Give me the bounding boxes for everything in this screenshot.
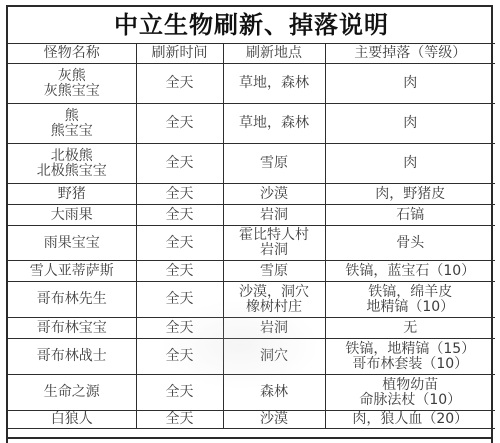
cell-monster-name-line: 哥布林先生: [8, 292, 136, 307]
cell-spawn-time-line: 全天: [137, 292, 223, 307]
table-body: 灰熊灰熊宝宝全天草地，森林肉熊熊宝宝全天草地，森林肉北极熊北极熊宝宝全天雪原肉野…: [8, 64, 495, 429]
cell-monster-name-line: 北极熊: [8, 149, 136, 164]
cell-spawn-time-line: 全天: [137, 116, 223, 131]
cell-main-drops-line: 地精镐（10）: [326, 300, 496, 315]
cell-spawn-location-line: 森林: [224, 385, 325, 400]
cell-monster-name-line: 熊宝宝: [8, 124, 136, 139]
cell-spawn-location: 沙漠，洞穴橡树村庄: [223, 282, 325, 318]
table-row: 北极熊北极熊宝宝全天雪原肉: [8, 144, 495, 184]
drop-table-sheet: 中立生物刷新、掉落说明 怪物名称 刷新时间 刷新地点 主要掉落（等级） 灰熊灰熊…: [6, 5, 493, 443]
cell-spawn-location: 草地，森林: [223, 64, 325, 104]
neutral-creature-drop-table: 中立生物刷新、掉落说明 怪物名称 刷新时间 刷新地点 主要掉落（等级） 灰熊灰熊…: [8, 7, 495, 429]
cell-spawn-time: 全天: [136, 64, 223, 104]
cell-main-drops-line: 肉: [326, 156, 496, 171]
cell-monster-name: 哥布林先生: [8, 282, 136, 318]
cell-monster-name: 北极熊北极熊宝宝: [8, 144, 136, 184]
cell-spawn-time-line: 全天: [137, 264, 223, 279]
cell-spawn-location: 雪原: [223, 261, 325, 282]
cell-main-drops-line: 肉，狼人血（20）: [326, 412, 496, 427]
table-row: 灰熊灰熊宝宝全天草地，森林肉: [8, 64, 495, 104]
cell-spawn-time: 全天: [136, 318, 223, 339]
cell-spawn-location-line: 岩洞: [224, 243, 325, 258]
cell-spawn-location: 岩洞: [223, 205, 325, 226]
bottom-border-left-stub: [6, 439, 8, 443]
cell-spawn-location-line: 草地，森林: [224, 116, 325, 131]
table-row: 雪人亚蒂萨斯全天雪原铁镐，蓝宝石（10）: [8, 261, 495, 282]
cell-monster-name: 灰熊灰熊宝宝: [8, 64, 136, 104]
table-row: 白狼人全天沙漠肉，狼人血（20）: [8, 411, 495, 429]
cell-main-drops-line: 铁镐，蓝宝石（10）: [326, 264, 496, 279]
cell-monster-name-line: 生命之源: [8, 385, 136, 400]
cell-main-drops-line: 植物幼苗: [326, 378, 496, 393]
cell-spawn-location: 岩洞: [223, 318, 325, 339]
cell-monster-name-line: 雪人亚蒂萨斯: [8, 264, 136, 279]
cell-main-drops: 肉: [325, 64, 495, 104]
cell-monster-name-line: 哥布林战士: [8, 349, 136, 364]
cell-monster-name-line: 白狼人: [8, 412, 136, 427]
cell-monster-name: 雨果宝宝: [8, 226, 136, 261]
cell-main-drops: 骨头: [325, 226, 495, 261]
cell-monster-name-line: 野猪: [8, 187, 136, 202]
cell-spawn-time: 全天: [136, 375, 223, 411]
cell-spawn-time: 全天: [136, 205, 223, 226]
cell-main-drops-line: 铁镐，绵羊皮: [326, 285, 496, 300]
cell-monster-name-line: 灰熊宝宝: [8, 84, 136, 99]
cell-spawn-time: 全天: [136, 261, 223, 282]
cell-spawn-location-line: 沙漠: [224, 187, 325, 202]
cell-spawn-location: 森林: [223, 375, 325, 411]
cell-monster-name-line: 雨果宝宝: [8, 236, 136, 251]
cell-monster-name: 哥布林宝宝: [8, 318, 136, 339]
cell-spawn-location-line: 岩洞: [224, 321, 325, 336]
cell-monster-name: 哥布林战士: [8, 339, 136, 375]
table-row: 哥布林先生全天沙漠，洞穴橡树村庄铁镐，绵羊皮地精镐（10）: [8, 282, 495, 318]
bottom-border-right-stub: [491, 439, 493, 443]
cell-spawn-time: 全天: [136, 226, 223, 261]
column-header-spawn-time: 刷新时间: [136, 44, 223, 64]
cell-spawn-time: 全天: [136, 339, 223, 375]
table-row: 哥布林战士全天洞穴铁镐，地精镐（15）哥布林套装（10）: [8, 339, 495, 375]
cell-spawn-location: 沙漠: [223, 411, 325, 429]
cell-main-drops: 肉: [325, 144, 495, 184]
cell-main-drops: 石镐: [325, 205, 495, 226]
cell-spawn-location: 雪原: [223, 144, 325, 184]
cell-spawn-time: 全天: [136, 184, 223, 205]
cell-spawn-location: 洞穴: [223, 339, 325, 375]
cell-main-drops: 无: [325, 318, 495, 339]
cell-main-drops-line: 石镐: [326, 208, 496, 223]
cell-main-drops: 铁镐，绵羊皮地精镐（10）: [325, 282, 495, 318]
cell-spawn-time-line: 全天: [137, 385, 223, 400]
cell-main-drops-line: 无: [326, 321, 496, 336]
cell-spawn-location: 草地，森林: [223, 104, 325, 144]
cell-spawn-time-line: 全天: [137, 187, 223, 202]
cell-main-drops: 植物幼苗命脉法杖（10）: [325, 375, 495, 411]
cell-spawn-location-line: 雪原: [224, 264, 325, 279]
cell-spawn-time-line: 全天: [137, 321, 223, 336]
cell-main-drops: 肉，狼人血（20）: [325, 411, 495, 429]
cell-monster-name: 熊熊宝宝: [8, 104, 136, 144]
cell-spawn-location-line: 草地，森林: [224, 76, 325, 91]
table-row: 哥布林宝宝全天岩洞无: [8, 318, 495, 339]
cell-spawn-time-line: 全天: [137, 236, 223, 251]
cell-spawn-location-line: 霍比特人村: [224, 228, 325, 243]
cell-monster-name-line: 哥布林宝宝: [8, 321, 136, 336]
cell-spawn-location-line: 洞穴: [224, 349, 325, 364]
cell-monster-name-line: 灰熊: [8, 69, 136, 84]
cell-main-drops-line: 肉: [326, 116, 496, 131]
table-row: 熊熊宝宝全天草地，森林肉: [8, 104, 495, 144]
cell-main-drops: 铁镐，蓝宝石（10）: [325, 261, 495, 282]
cell-monster-name-line: 大雨果: [8, 208, 136, 223]
cell-monster-name: 白狼人: [8, 411, 136, 429]
cell-monster-name: 生命之源: [8, 375, 136, 411]
cell-spawn-location-line: 雪原: [224, 156, 325, 171]
cell-spawn-time-line: 全天: [137, 208, 223, 223]
cell-main-drops-line: 肉: [326, 76, 496, 91]
cell-spawn-location-line: 沙漠，洞穴: [224, 285, 325, 300]
cell-monster-name: 雪人亚蒂萨斯: [8, 261, 136, 282]
cell-main-drops-line: 命脉法杖（10）: [326, 393, 496, 408]
header-row: 怪物名称 刷新时间 刷新地点 主要掉落（等级）: [8, 44, 495, 64]
bottom-border: [6, 437, 493, 439]
cell-spawn-time-line: 全天: [137, 412, 223, 427]
cell-main-drops: 铁镐，地精镐（15）哥布林套装（10）: [325, 339, 495, 375]
column-header-main-drops: 主要掉落（等级）: [325, 44, 495, 64]
cell-spawn-time: 全天: [136, 411, 223, 429]
cell-spawn-location-line: 岩洞: [224, 208, 325, 223]
cell-main-drops: 肉: [325, 104, 495, 144]
cell-spawn-time-line: 全天: [137, 156, 223, 171]
cell-spawn-time-line: 全天: [137, 349, 223, 364]
cell-spawn-time: 全天: [136, 144, 223, 184]
cell-monster-name: 野猪: [8, 184, 136, 205]
cell-main-drops-line: 肉，野猪皮: [326, 187, 496, 202]
cell-monster-name-line: 熊: [8, 109, 136, 124]
cell-spawn-location-line: 沙漠: [224, 412, 325, 427]
cell-main-drops-line: 铁镐，地精镐（15）: [326, 342, 496, 357]
cell-spawn-time: 全天: [136, 282, 223, 318]
table-row: 雨果宝宝全天霍比特人村岩洞骨头: [8, 226, 495, 261]
table-row: 大雨果全天岩洞石镐: [8, 205, 495, 226]
column-header-spawn-location: 刷新地点: [223, 44, 325, 64]
cell-spawn-location: 霍比特人村岩洞: [223, 226, 325, 261]
table-row: 生命之源全天森林植物幼苗命脉法杖（10）: [8, 375, 495, 411]
table-title: 中立生物刷新、掉落说明: [8, 7, 495, 44]
cell-spawn-location-line: 橡树村庄: [224, 300, 325, 315]
cell-main-drops-line: 哥布林套装（10）: [326, 357, 496, 372]
cell-monster-name: 大雨果: [8, 205, 136, 226]
cell-main-drops: 肉，野猪皮: [325, 184, 495, 205]
cell-spawn-location: 沙漠: [223, 184, 325, 205]
column-header-monster-name: 怪物名称: [8, 44, 136, 64]
cell-main-drops-line: 骨头: [326, 236, 496, 251]
cell-spawn-time-line: 全天: [137, 76, 223, 91]
table-row: 野猪全天沙漠肉，野猪皮: [8, 184, 495, 205]
cell-monster-name-line: 北极熊宝宝: [8, 164, 136, 179]
cell-spawn-time: 全天: [136, 104, 223, 144]
